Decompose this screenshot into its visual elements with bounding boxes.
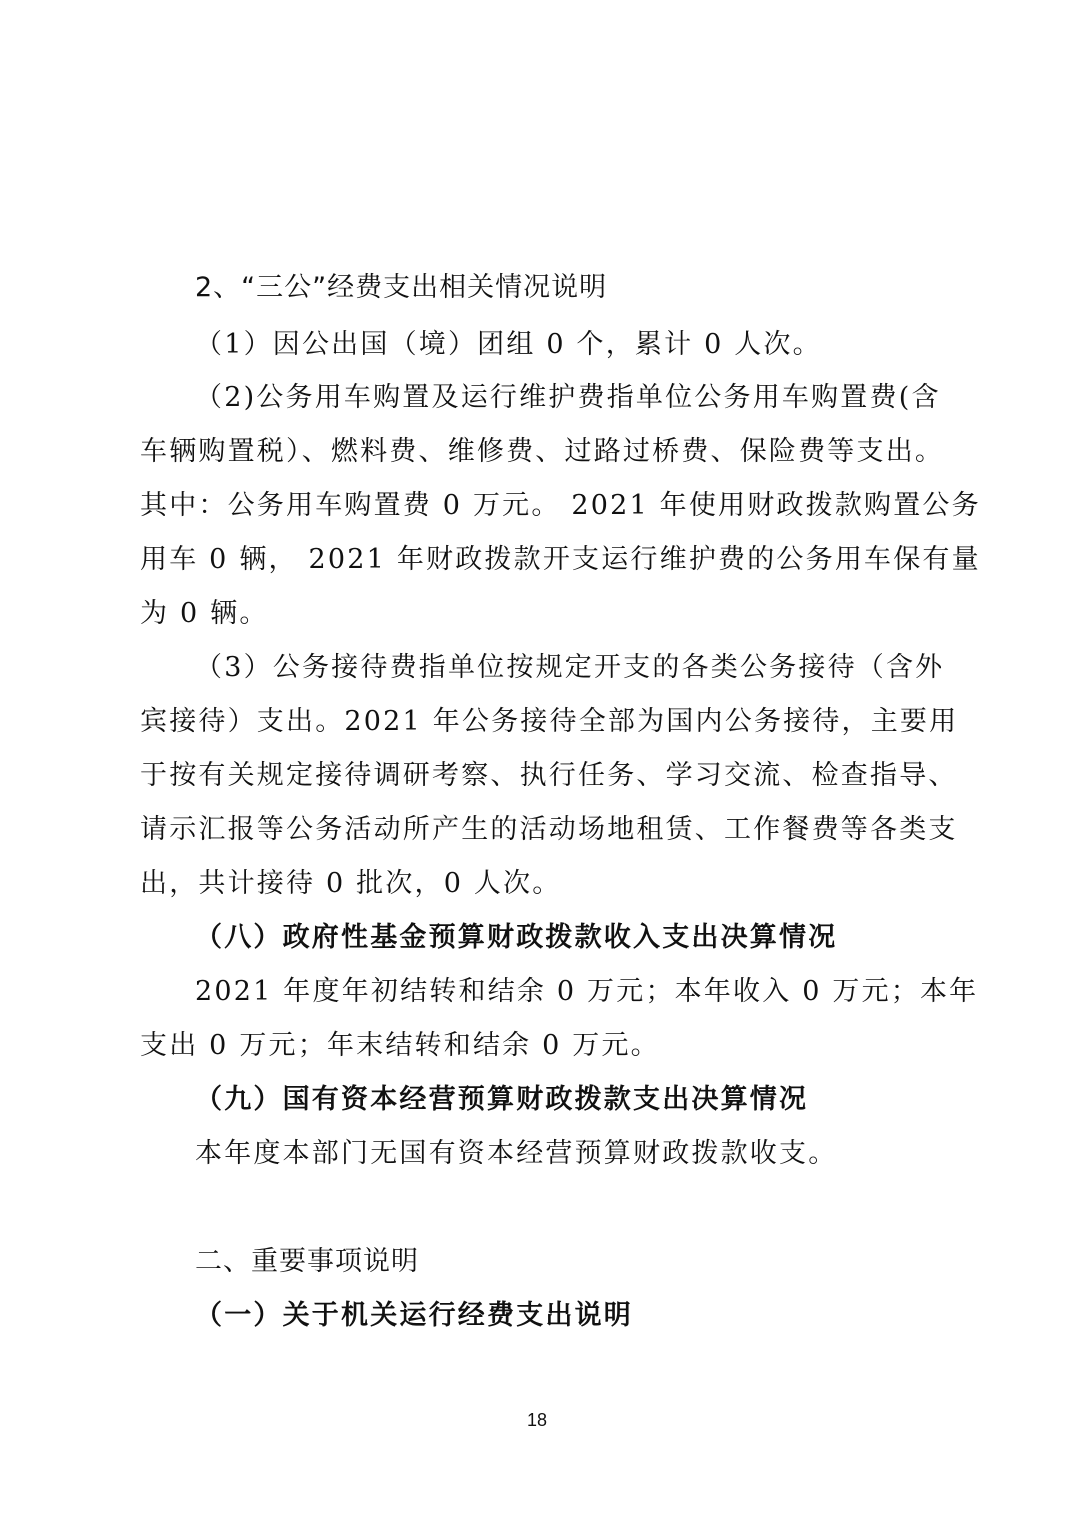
paragraph-item2-line1: （2)公务用车购置及运行维护费指单位公务用车购置费(含 bbox=[195, 378, 935, 418]
paragraph-item3-line3: 于按有关规定接待调研考察、执行任务、学习交流、检查指导、 bbox=[140, 756, 935, 796]
part2-sub1-heading: （一）关于机关运行经费支出说明 bbox=[195, 1296, 995, 1336]
section9-heading: （九）国有资本经营预算财政拨款支出决算情况 bbox=[195, 1080, 995, 1120]
section8-line2: 支出 0 万元；年末结转和结余 0 万元。 bbox=[140, 1026, 940, 1066]
paragraph-item2-line5: 为 0 辆。 bbox=[140, 594, 940, 634]
paragraph-item3-line4: 请示汇报等公务活动所产生的活动场地租赁、工作餐费等各类支 bbox=[140, 810, 935, 850]
page-number: 18 bbox=[0, 1410, 1074, 1431]
section8-heading: （八）政府性基金预算财政拨款收入支出决算情况 bbox=[195, 918, 995, 958]
paragraph-item2-line3: 其中：公务用车购置费 0 万元。 2021 年使用财政拨款购置公务 bbox=[140, 486, 935, 526]
section-heading-sangong: 2、“三公”经费支出相关情况说明 bbox=[195, 268, 995, 308]
section9-text: 本年度本部门无国有资本经营预算财政拨款收支。 bbox=[195, 1134, 995, 1174]
paragraph-item3-line2: 宾接待）支出。2021 年公务接待全部为国内公务接待，主要用 bbox=[140, 702, 935, 742]
paragraph-item3-line1: （3）公务接待费指单位按规定开支的各类公务接待（含外 bbox=[195, 648, 935, 688]
document-page: 2、“三公”经费支出相关情况说明 （1）因公出国（境）团组 0 个，累计 0 人… bbox=[0, 0, 1074, 1520]
paragraph-item2-line4: 用车 0 辆， 2021 年财政拨款开支运行维护费的公务用车保有量 bbox=[140, 540, 935, 580]
section8-line1: 2021 年度年初结转和结余 0 万元；本年收入 0 万元；本年 bbox=[195, 972, 935, 1012]
paragraph-item2-line2: 车辆购置税）、燃料费、维修费、过路过桥费、保险费等支出。 bbox=[140, 432, 935, 472]
part2-heading: 二、重要事项说明 bbox=[195, 1242, 995, 1282]
paragraph-item3-line5: 出，共计接待 0 批次，0 人次。 bbox=[140, 864, 940, 904]
paragraph-item1: （1）因公出国（境）团组 0 个，累计 0 人次。 bbox=[195, 325, 995, 365]
